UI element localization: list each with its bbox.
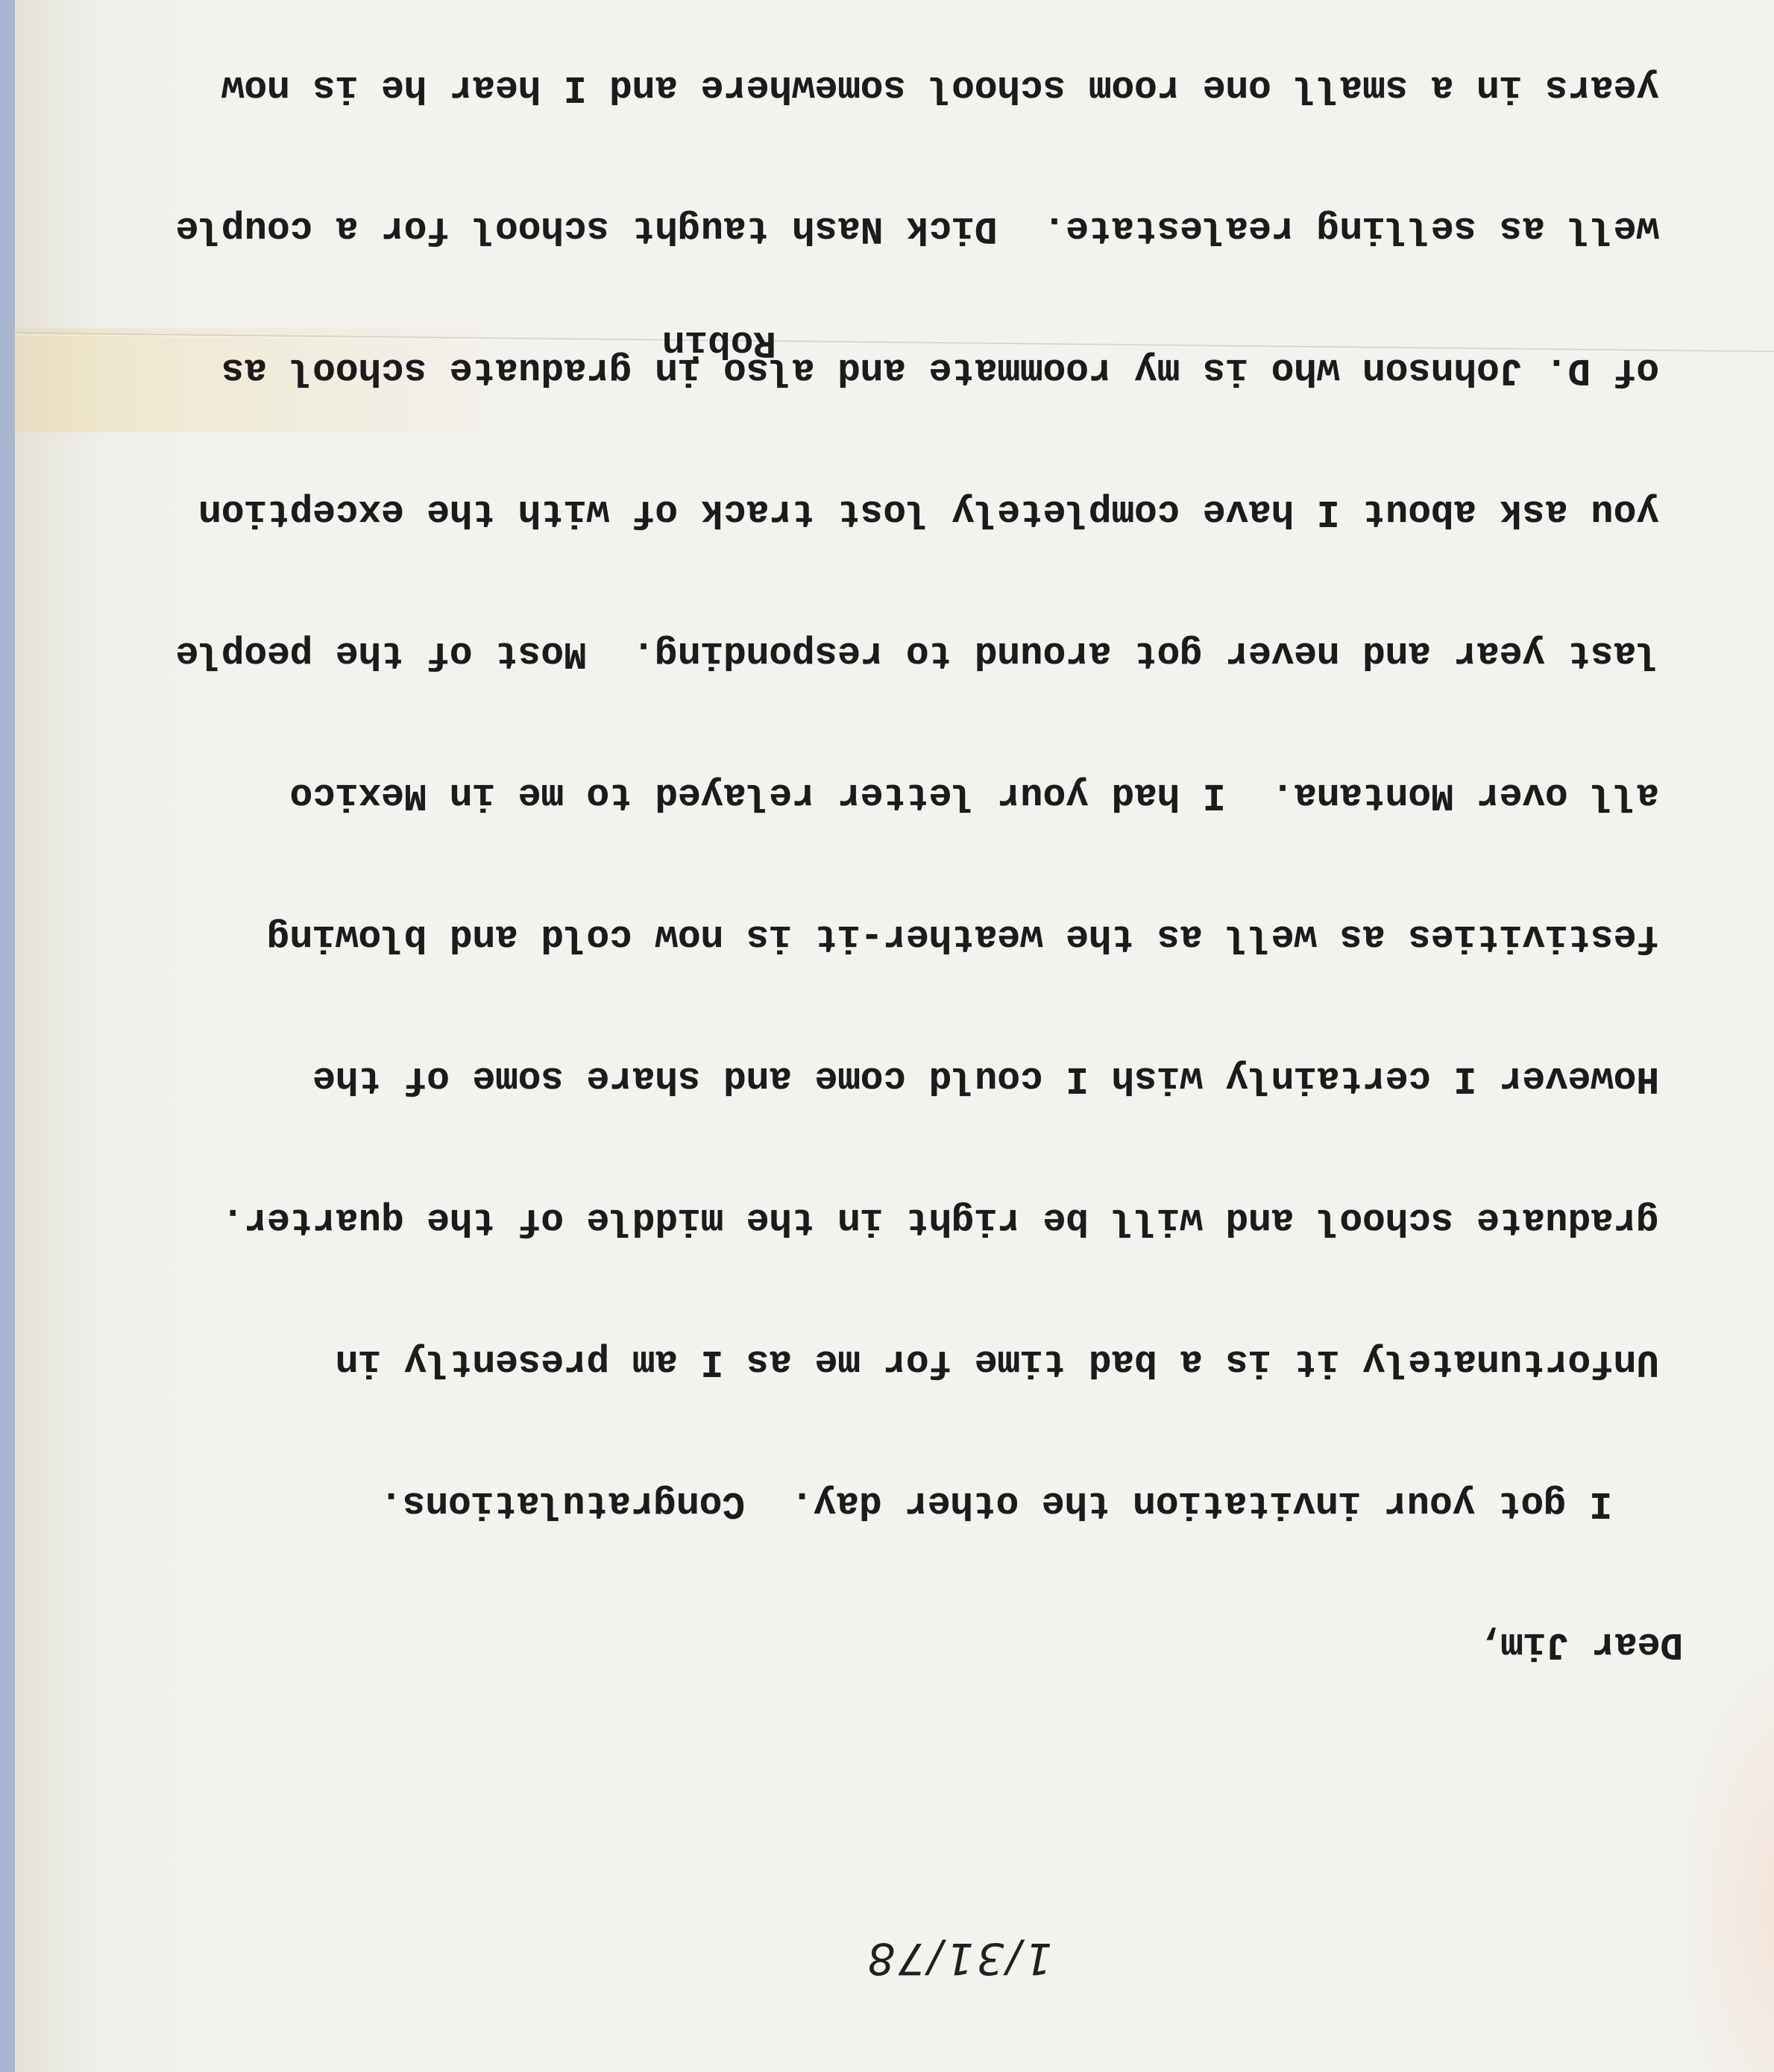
- letter-upright-frame: 1/31/78 Dear Jim, I got your invitation …: [0, 0, 1774, 2072]
- signature: Robin: [662, 321, 776, 363]
- letter-body: Dear Jim, I got your invitation the othe…: [80, 0, 1683, 1762]
- salutation: Dear Jim,: [80, 1620, 1683, 1667]
- letter-line: festivities as well as the weather-it is…: [80, 913, 1683, 960]
- letter-line: Unfortunately it is a bad time for me as…: [80, 1337, 1683, 1384]
- letter-line: I got your invitation the other day. Con…: [80, 1479, 1683, 1525]
- letter-line: well as selling realestate. Dick Nash ta…: [80, 204, 1683, 251]
- letter-line: graduate school and will be right in the…: [80, 1195, 1683, 1242]
- scanned-page: 1/31/78 Dear Jim, I got your invitation …: [0, 0, 1774, 2072]
- letter-line: years in a small one room school somewhe…: [80, 63, 1683, 110]
- letter-line: last year and never got around to respon…: [80, 629, 1683, 676]
- letter-line: of D. Johnson who is my roommate and als…: [80, 346, 1683, 393]
- letter-date: 1/31/78: [864, 1933, 1052, 1984]
- letter-line: you ask about I have completely lost tra…: [80, 488, 1683, 535]
- letter-line: However I certainly wish I could come an…: [80, 1054, 1683, 1101]
- letter-line: all over Montana. I had your letter rela…: [80, 771, 1683, 818]
